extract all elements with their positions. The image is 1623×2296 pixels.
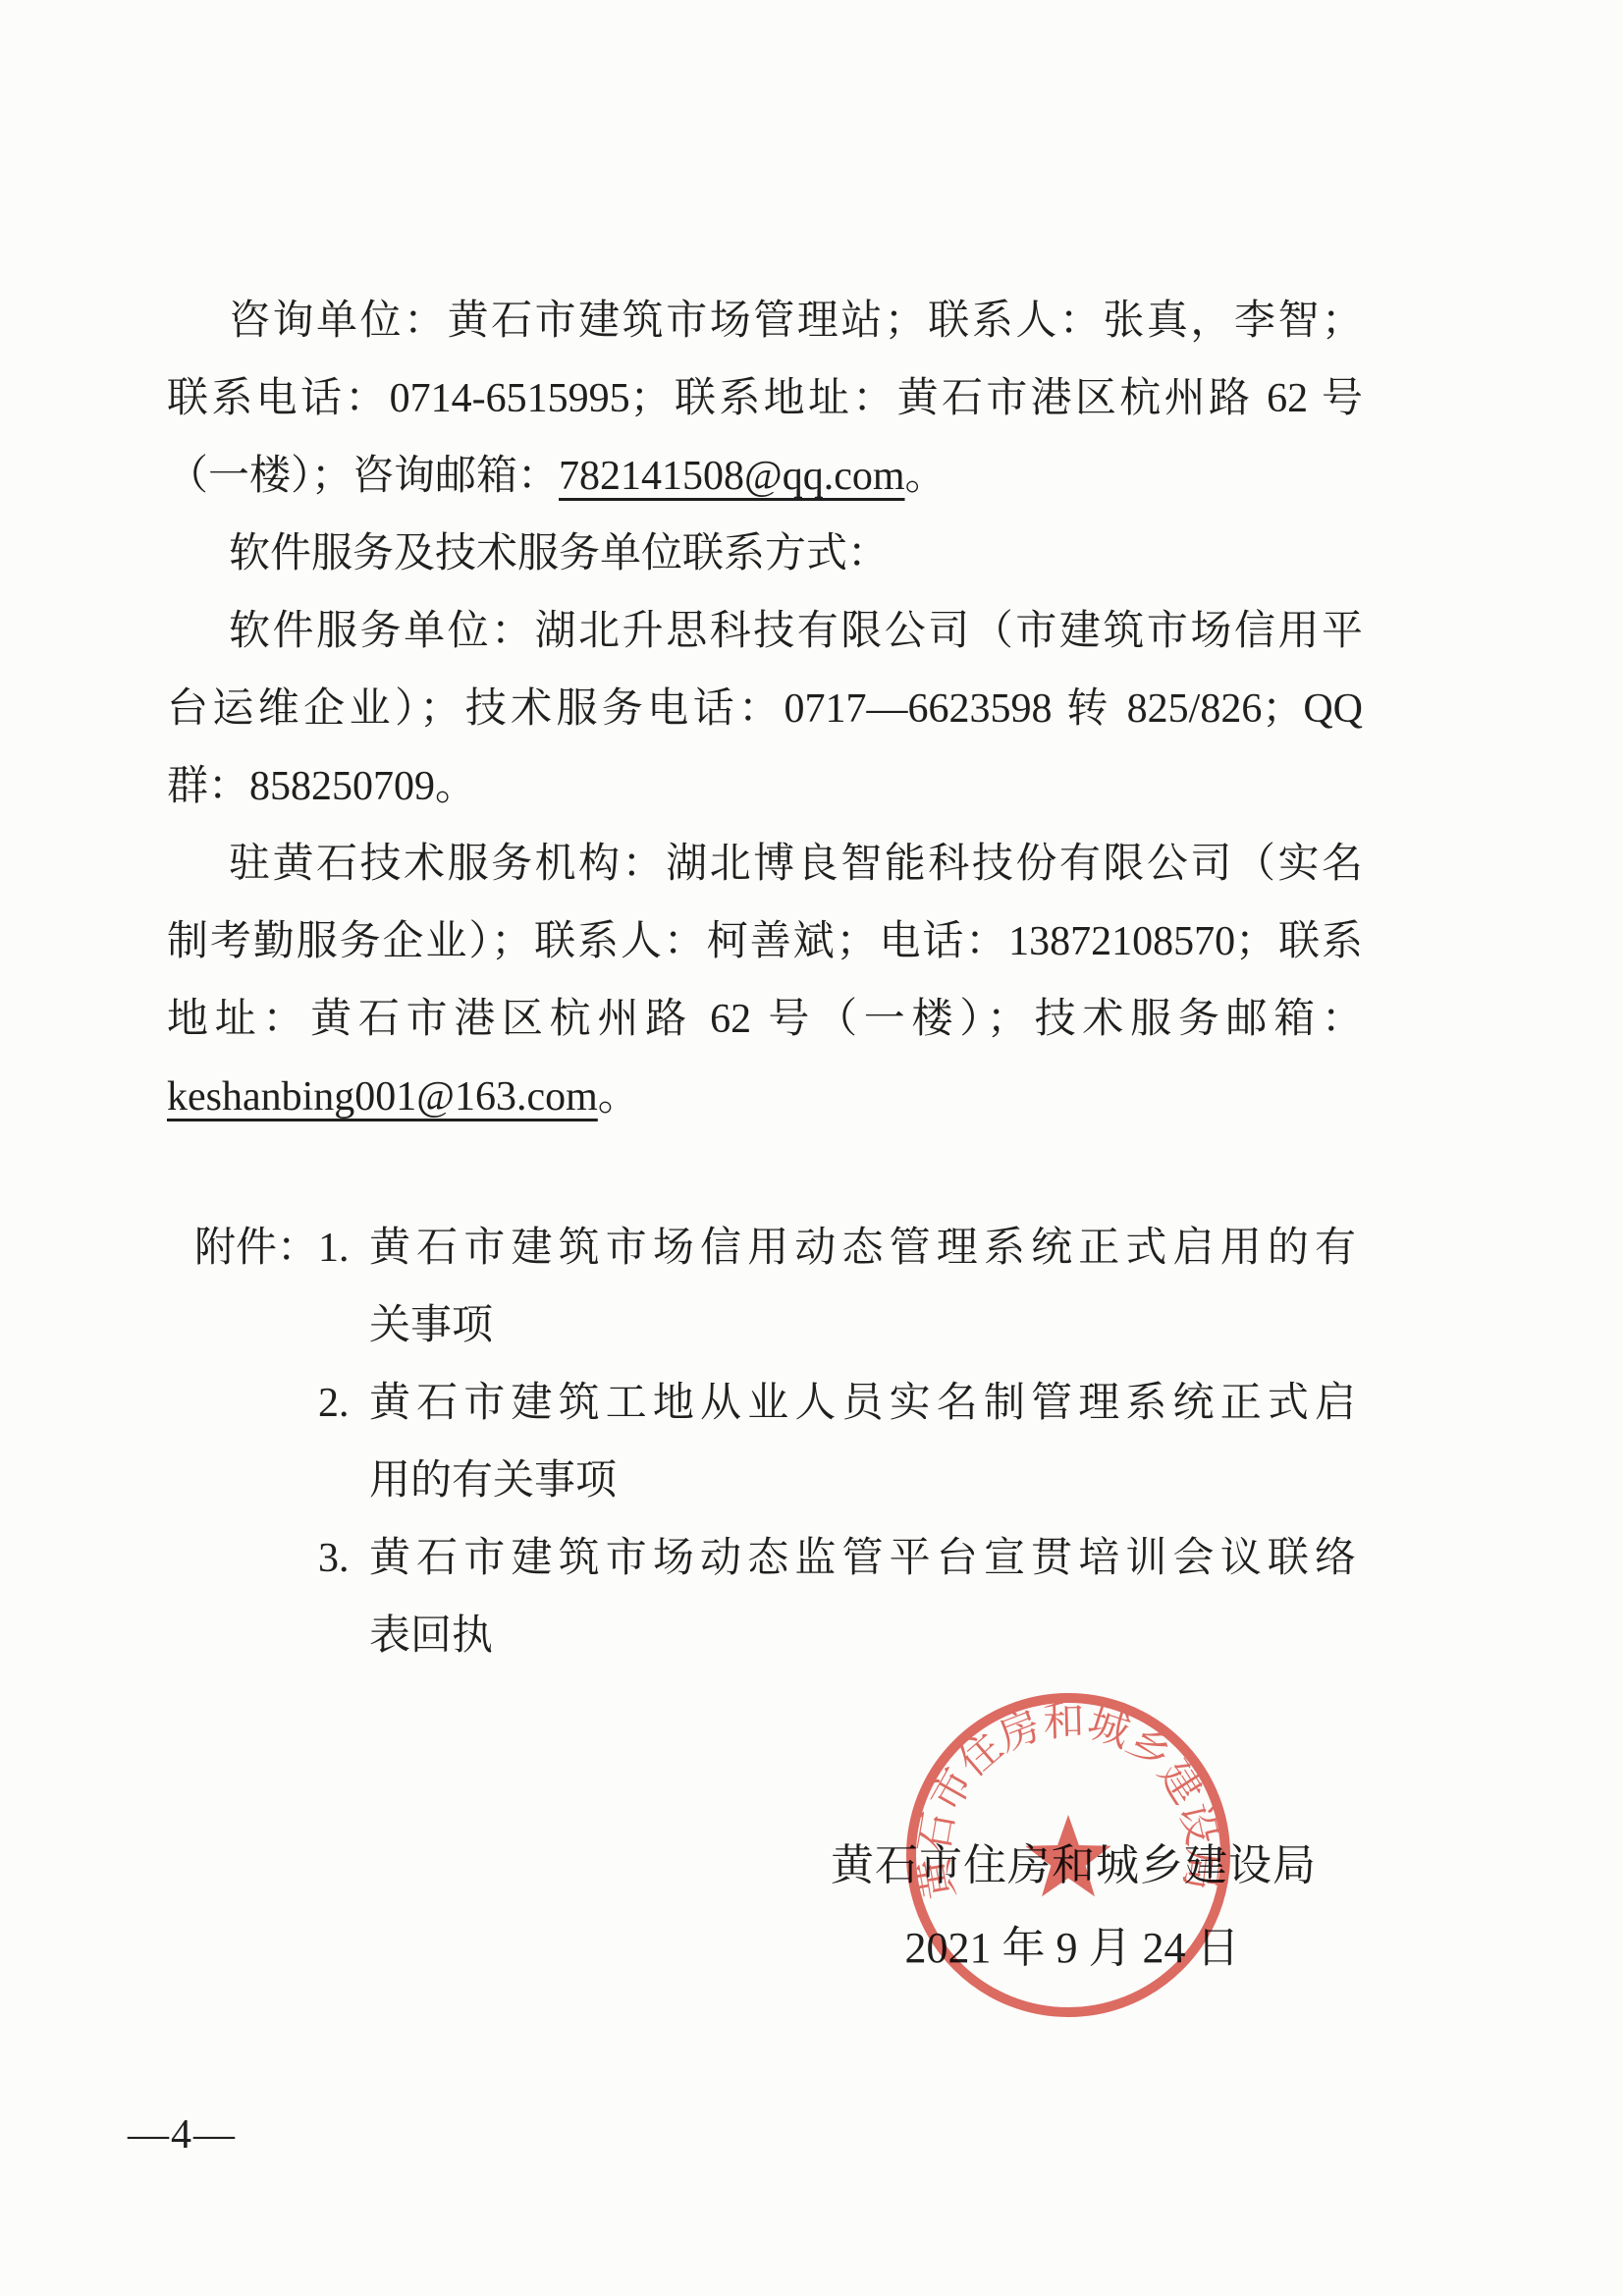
attachment-row: 附件：3.黄石市建筑市场动态监管平台宣贯培训会议联络 <box>194 1520 1360 1598</box>
text-line: 群：858250709。 <box>167 748 1363 826</box>
body-text: 咨询单位：黄石市建筑市场管理站；联系人：张真，李智；联系电话：0714-6515… <box>167 283 1363 1136</box>
attachment-number: 2. <box>318 1365 369 1443</box>
document-page: 咨询单位：黄石市建筑市场管理站；联系人：张真，李智；联系电话：0714-6515… <box>0 0 1623 2296</box>
official-seal: 黄石市住房和城乡建设局 <box>898 1685 1238 2025</box>
attachments-section: 附件：1.黄石市建筑市场信用动态管理系统正式启用的有附件：1.关事项附件：2.黄… <box>194 1210 1360 1675</box>
attachment-row: 附件：1.关事项 <box>194 1287 1360 1365</box>
seal-star-icon <box>1025 1815 1111 1896</box>
text-line: 台运维企业）；技术服务电话：0717—6623598 转 825/826；QQ <box>167 671 1363 748</box>
attachment-row: 附件：3.表回执 <box>194 1598 1360 1675</box>
attachment-number: 3. <box>318 1520 369 1598</box>
text-line: 咨询单位：黄石市建筑市场管理站；联系人：张真，李智； <box>167 283 1363 360</box>
attachment-title-line: 关事项 <box>369 1287 1360 1365</box>
attachment-title-line: 黄石市建筑市场信用动态管理系统正式启用的有 <box>369 1210 1360 1287</box>
page-number: —4— <box>128 2111 237 2159</box>
text-line: 制考勤服务企业）；联系人：柯善斌；电话：13872108570；联系 <box>167 903 1363 981</box>
attachment-title-line: 表回执 <box>369 1598 1360 1675</box>
text-line: 地址：黄石市港区杭州路 62 号（一楼）；技术服务邮箱： <box>167 981 1363 1059</box>
attachment-row: 附件：2.黄石市建筑工地从业人员实名制管理系统正式启 <box>194 1365 1360 1443</box>
text-line: keshanbing001@163.com。 <box>167 1059 1363 1136</box>
attachment-title-line: 黄石市建筑市场动态监管平台宣贯培训会议联络 <box>369 1520 1360 1598</box>
attachment-row: 附件：2.用的有关事项 <box>194 1443 1360 1520</box>
text-line: 软件服务单位：湖北升思科技有限公司（市建筑市场信用平 <box>167 593 1363 671</box>
email-text: keshanbing001@163.com <box>167 1074 598 1120</box>
attachment-number: 1. <box>318 1210 369 1287</box>
text-line: 驻黄石技术服务机构：湖北博良智能科技份有限公司（实名 <box>167 826 1363 903</box>
text-line: 联系电话：0714-6515995；联系地址：黄石市港区杭州路 62 号 <box>167 360 1363 438</box>
attachments-label: 附件： <box>194 1210 318 1287</box>
email-text: 782141508@qq.com <box>559 454 905 499</box>
attachment-title-line: 用的有关事项 <box>369 1443 1360 1520</box>
text-line: 软件服务及技术服务单位联系方式： <box>167 516 1363 593</box>
attachment-title-line: 黄石市建筑工地从业人员实名制管理系统正式启 <box>369 1365 1360 1443</box>
attachment-row: 附件：1.黄石市建筑市场信用动态管理系统正式启用的有 <box>194 1210 1360 1287</box>
text-line: （一楼）；咨询邮箱：782141508@qq.com。 <box>167 438 1363 516</box>
